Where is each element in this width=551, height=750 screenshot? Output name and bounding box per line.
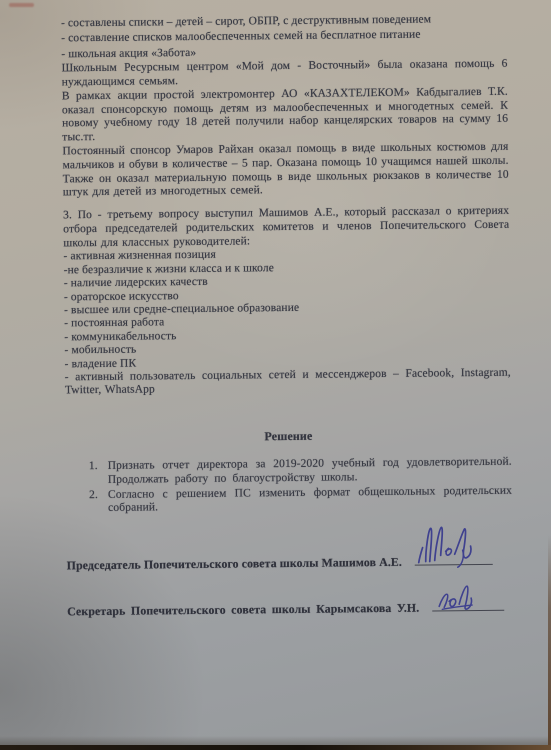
chairman-signature-ink [413, 523, 483, 570]
decision-item: Признать отчет директора за 2019-2020 уч… [104, 456, 512, 488]
secretary-signature-ink [432, 579, 490, 614]
decision-heading: Решение [65, 428, 511, 446]
chairman-signature-line [415, 561, 493, 566]
section-aid-report: - составлены списки – детей – сирот, ОБП… [61, 12, 509, 201]
paragraph-kazakhtelecom-sponsor: В рамках акции простой электромонтер АО … [62, 85, 509, 145]
secretary-signature-line [432, 607, 504, 612]
red-pen-smudge [9, 3, 34, 7]
decision-item: Согласно с решением ПС изменить формат о… [104, 484, 512, 516]
decision-list: Признать отчет директора за 2019-2020 уч… [66, 456, 513, 517]
decision-list-section: Признать отчет директора за 2019-2020 уч… [66, 456, 513, 518]
photo-bottom-edge [0, 745, 551, 750]
paragraph-question-3: 3. По - третьему вопросу выступил Машимо… [63, 205, 509, 251]
document-page: - составлены списки – детей – сирот, ОБП… [61, 12, 515, 737]
criteria-item: - активный пользователь социальных сетей… [65, 367, 511, 398]
section-question-3: 3. По - третьему вопросу выступил Машимо… [63, 205, 511, 399]
chairman-signature-label: Председатель Попечительского совета школ… [67, 556, 402, 573]
secretary-signature-row: Секретарь Попечительского совета школы К… [67, 601, 513, 619]
paragraph-umarov-sponsor: Постоянный спонсор Умаров Райхан оказал … [62, 141, 509, 201]
chairman-signature-row: Председатель Попечительского совета школ… [67, 555, 513, 573]
secretary-signature-label: Секретарь Попечительского совета школы К… [67, 602, 419, 619]
photo-bottom-shadow [0, 736, 551, 745]
